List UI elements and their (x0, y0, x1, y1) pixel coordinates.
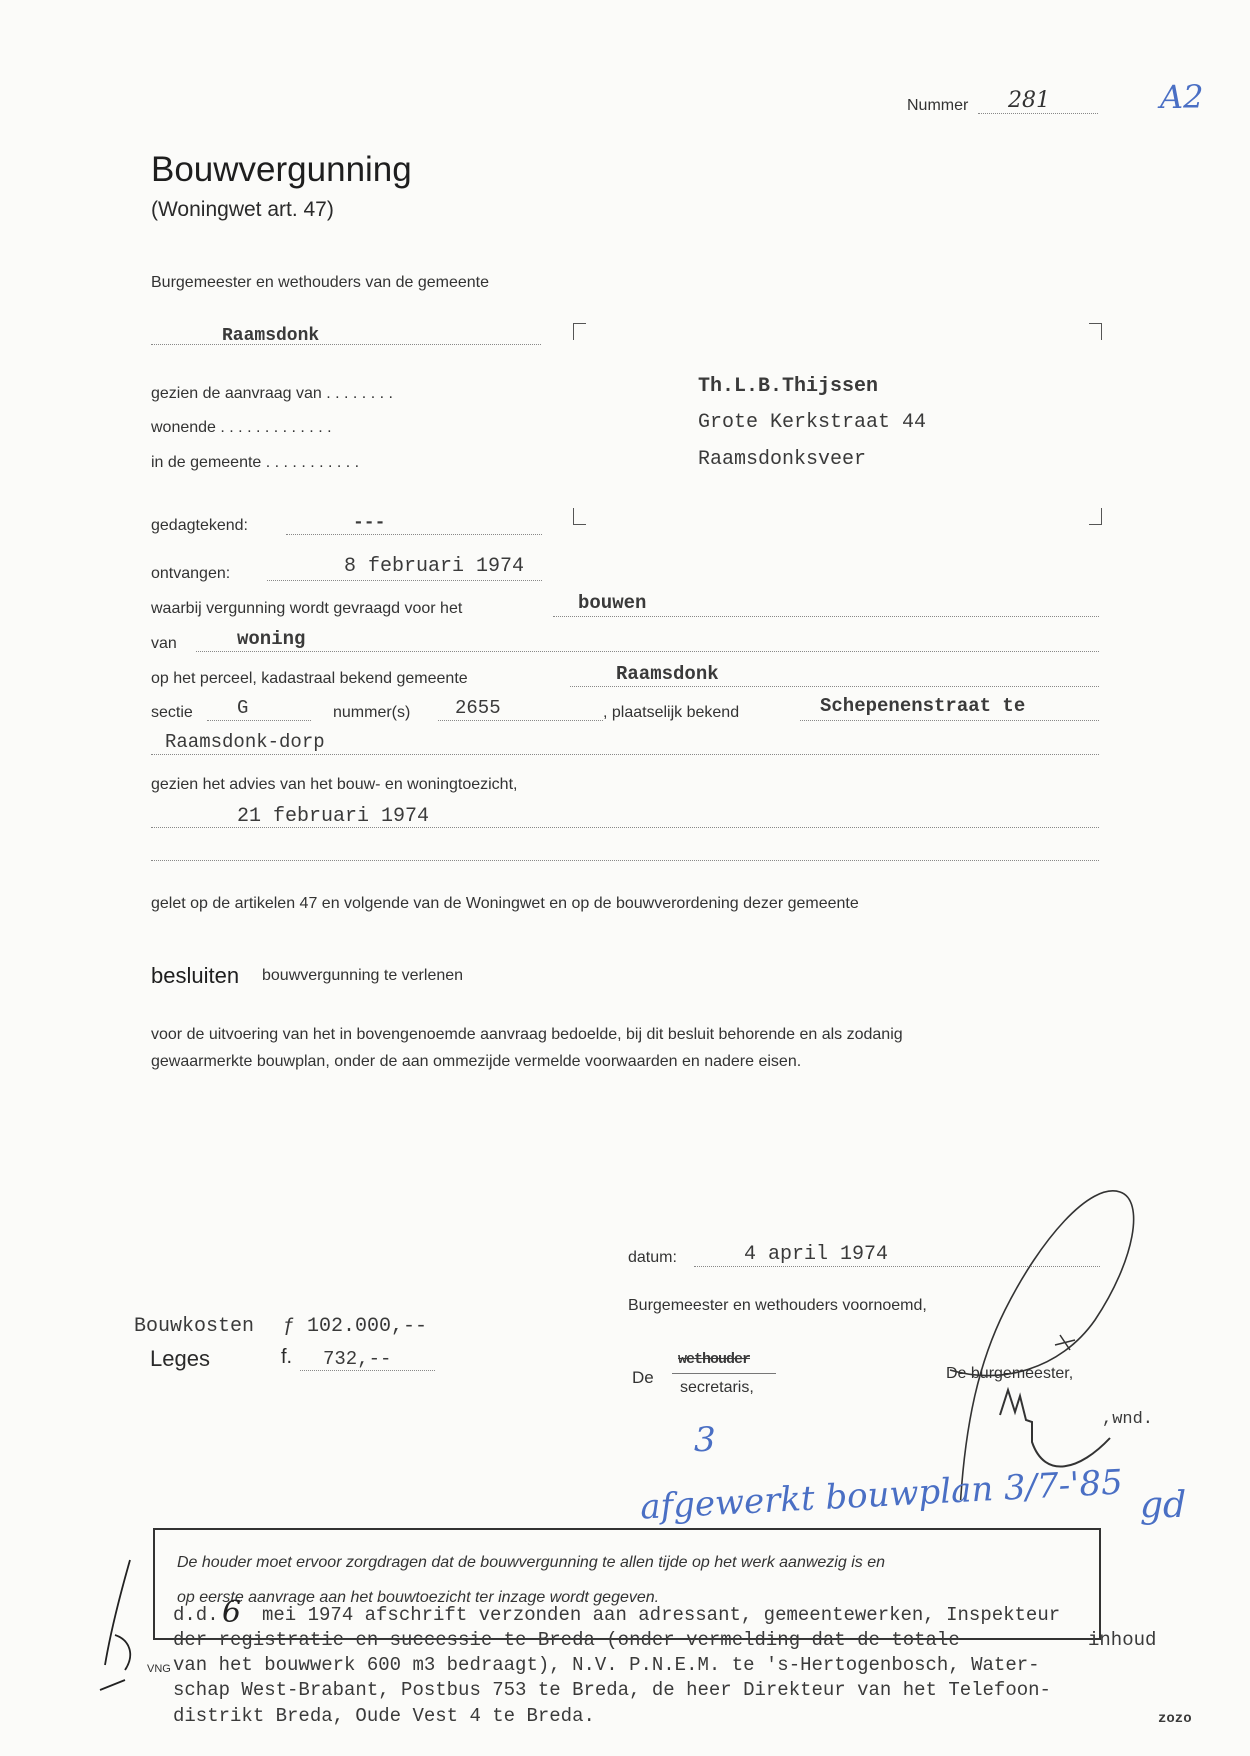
page-subtitle: (Woningwet art. 47) (151, 198, 334, 222)
fraction-line (672, 1373, 776, 1374)
dated-field (286, 514, 542, 535)
fees-value: 732,-- (323, 1348, 391, 1370)
numbers-value: 2655 (455, 697, 501, 719)
dated-value: --- (353, 513, 385, 533)
received-value: 8 februari 1974 (344, 555, 524, 578)
location-label: , plaatselijk bekend (603, 704, 739, 722)
applicant-address-label: wonende . . . . . . . . . . . . . (151, 419, 332, 437)
zozo-mark: zozo (1158, 1711, 1192, 1727)
applicant-city: Raamsdonksveer (698, 448, 866, 471)
address-bracket-br (1089, 508, 1102, 525)
notice-line-1: De houder moet ervoor zorgdragen dat de … (177, 1554, 885, 1572)
of-field (196, 631, 1099, 652)
requested-label: waarbij vergunning wordt gevraagd voor h… (151, 600, 462, 618)
signature-date-label: datum: (628, 1249, 677, 1267)
advice-value: 21 februari 1974 (237, 805, 429, 828)
signature-de: De (632, 1368, 654, 1388)
number-value: 281 (978, 88, 1098, 114)
section-label: sectie (151, 704, 193, 722)
intro-text: Burgemeester en wethouders van de gemeen… (151, 274, 489, 292)
location-value-2: Raamsdonk-dorp (165, 731, 325, 753)
distribution-line-3: van het bouwwerk 600 m3 bedraagt), N.V. … (173, 1654, 1040, 1676)
decide-rest: bouwvergunning te verlenen (262, 967, 463, 985)
margin-mark (95, 1555, 145, 1695)
section-field (207, 700, 311, 721)
distribution-line-4: schap West-Brabant, Postbus 753 te Breda… (173, 1679, 1051, 1701)
distribution-prefix: d.d. (173, 1604, 219, 1626)
corner-annotation: A2 (1160, 78, 1203, 116)
distribution-line-1: mei 1974 afschrift verzonden aan adressa… (262, 1604, 1060, 1626)
struck-role: wethouder (678, 1351, 750, 1368)
received-label: ontvangen: (151, 565, 230, 583)
handwritten-initials: gd (1140, 1485, 1186, 1526)
address-bracket-tr (1089, 323, 1102, 340)
execution-line-2: gewaarmerkte bouwplan, onder de aan omme… (151, 1053, 801, 1071)
signature-date-value: 4 april 1974 (744, 1243, 888, 1266)
section-value: G (237, 697, 248, 719)
handwritten-number: 3 (694, 1420, 716, 1460)
considering-text: gelet op de artikelen 47 en volgende van… (151, 895, 859, 913)
advice-field-2 (151, 842, 1099, 861)
of-label: van (151, 635, 177, 653)
requested-value: bouwen (578, 592, 646, 614)
parcel-label: op het perceel, kadastraal bekend gemeen… (151, 670, 468, 688)
vng-mark: VNG (147, 1663, 171, 1675)
municipality-value: Raamsdonk (222, 326, 319, 346)
distribution-line-2-struck: der registratie en successie te Breda (o… (173, 1629, 960, 1651)
decide-bold: besluiten (151, 963, 239, 989)
applicant-address: Grote Kerkstraat 44 (698, 411, 926, 434)
dated-label: gedagtekend: (151, 517, 248, 535)
number-label: Nummer (907, 97, 968, 115)
parcel-value: Raamsdonk (616, 663, 719, 685)
page-title: Bouwvergunning (151, 150, 412, 190)
applicant-name: Th.L.B.Thijssen (698, 375, 878, 398)
location-value-1: Schepenenstraat te (820, 695, 1025, 717)
applicant-city-label: in de gemeente . . . . . . . . . . . (151, 454, 359, 472)
municipality-field (151, 326, 541, 345)
distribution-day: 6 (222, 1595, 241, 1630)
secretary-label: secretaris, (680, 1379, 754, 1397)
building-cost-label: Bouwkosten (134, 1315, 254, 1338)
building-cost-value: ƒ 102.000,-- (283, 1315, 427, 1338)
distribution-line-2-rest: inhoud (1088, 1629, 1156, 1651)
address-bracket-bl (573, 508, 586, 525)
signature-closing: Burgemeester en wethouders voornoemd, (628, 1297, 927, 1315)
fees-label: Leges (150, 1346, 210, 1372)
advice-label: gezien het advies van het bouw- en wonin… (151, 776, 517, 794)
fees-prefix: f. (281, 1346, 292, 1369)
applicant-name-label: gezien de aanvraag van . . . . . . . . (151, 385, 393, 403)
signature-mark (920, 1180, 1160, 1500)
handwritten-note: afgewerkt bouwplan 3/7-'85 (639, 1462, 1123, 1527)
address-bracket-tl (573, 323, 586, 340)
numbers-label: nummer(s) (333, 704, 410, 722)
execution-line-1: voor de uitvoering van het in bovengenoe… (151, 1026, 903, 1044)
distribution-line-5: distrikt Breda, Oude Vest 4 te Breda. (173, 1705, 595, 1727)
of-value: woning (237, 628, 305, 650)
